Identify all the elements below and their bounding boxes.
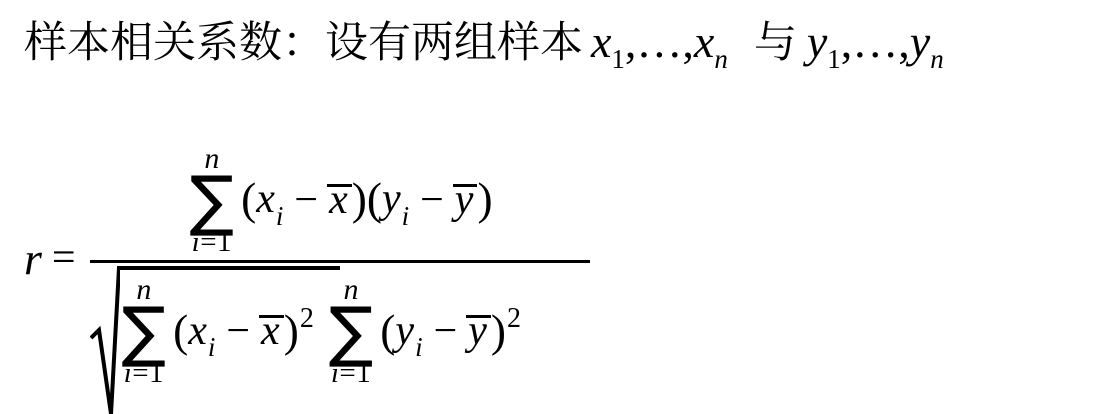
x-var-last: x bbox=[694, 16, 714, 67]
correlation-formula: r = n ∑ i=1 (xi−x)(yi−y) n ∑ i=1 (xi− bbox=[24, 146, 590, 414]
summation-operator: n ∑ i=1 bbox=[329, 277, 373, 385]
x-last-index: n bbox=[714, 44, 728, 74]
fraction-numerator: n ∑ i=1 (xi−x)(yi−y) bbox=[90, 146, 590, 263]
close-paren: ) bbox=[491, 306, 506, 356]
exponent-two: 2 bbox=[300, 303, 314, 334]
close-paren: ) bbox=[352, 174, 367, 224]
heading-title: 样本相关系数： bbox=[24, 20, 325, 67]
x-first-index: 1 bbox=[611, 44, 625, 74]
x-index: i bbox=[208, 332, 216, 362]
y-index: i bbox=[415, 332, 423, 362]
open-paren: ( bbox=[367, 174, 382, 224]
open-paren: ( bbox=[241, 174, 256, 224]
exponent-two: 2 bbox=[507, 303, 521, 334]
summation-operator: n ∑ i=1 bbox=[190, 146, 234, 254]
x-index: i bbox=[276, 201, 284, 231]
y-first-index: 1 bbox=[827, 44, 841, 74]
numerator-expression: (xi−x)(yi−y) bbox=[241, 177, 492, 222]
y-last-index: n bbox=[930, 44, 944, 74]
y-mean-overline: y bbox=[466, 315, 491, 346]
index-start: =1 bbox=[200, 226, 232, 258]
x-mean-var: x bbox=[329, 177, 348, 223]
index-start: =1 bbox=[132, 357, 164, 389]
summation-operator: n ∑ i=1 bbox=[122, 277, 166, 385]
x-var: x bbox=[256, 177, 275, 223]
sum-lower-limit: i=1 bbox=[192, 230, 232, 255]
close-paren: ) bbox=[477, 174, 492, 224]
minus-sign: − bbox=[226, 308, 250, 354]
y-var: y bbox=[395, 308, 414, 354]
fraction: n ∑ i=1 (xi−x)(yi−y) n ∑ i=1 (xi−x)2 bbox=[90, 146, 590, 414]
summation-sigma-symbol: ∑ bbox=[122, 303, 166, 361]
minus-sign: − bbox=[434, 308, 458, 354]
y-squared-deviation-expression: (yi−y)2 bbox=[380, 309, 521, 354]
sum-lower-limit: i=1 bbox=[124, 361, 164, 386]
ellipsis: ,…, bbox=[625, 16, 694, 67]
radicand-y-part: n ∑ i=1 (yi−y)2 bbox=[326, 266, 521, 385]
x-squared-deviation-expression: (xi−x)2 bbox=[173, 309, 314, 354]
ellipsis: ,…, bbox=[841, 16, 910, 67]
index-variable: i bbox=[124, 357, 133, 389]
heading-lead: 设有两组样本 bbox=[325, 20, 583, 67]
y-var: y bbox=[807, 16, 827, 67]
x-var: x bbox=[188, 308, 207, 354]
x-mean-overline: x bbox=[327, 184, 352, 215]
close-paren: ) bbox=[284, 306, 299, 356]
x-mean-overline: x bbox=[259, 315, 284, 346]
x-mean-var: x bbox=[261, 308, 280, 354]
summation-sigma-symbol: ∑ bbox=[190, 172, 234, 230]
index-variable: i bbox=[192, 226, 201, 258]
y-mean-var: y bbox=[455, 177, 474, 223]
y-sample-sequence: y1,…,yn bbox=[807, 16, 944, 67]
equals-sign: = bbox=[52, 234, 76, 282]
open-paren: ( bbox=[380, 306, 395, 356]
result-variable: r bbox=[24, 232, 42, 285]
x-var: x bbox=[591, 16, 611, 67]
y-var-last: y bbox=[910, 16, 930, 67]
minus-sign: − bbox=[294, 177, 318, 223]
open-paren: ( bbox=[173, 306, 188, 356]
sum-lower-limit: i=1 bbox=[331, 361, 371, 386]
summation-sigma-symbol: ∑ bbox=[329, 303, 373, 361]
y-index: i bbox=[402, 201, 410, 231]
radical-sign-icon bbox=[90, 266, 120, 414]
heading-line: 样本相关系数：设有两组样本x1,…,xn与y1,…,yn bbox=[24, 14, 944, 70]
radicand-x-part: n ∑ i=1 (xi−x)2 bbox=[117, 266, 340, 385]
connector-word: 与 bbox=[754, 20, 797, 67]
minus-sign: − bbox=[420, 177, 444, 223]
fraction-denominator: n ∑ i=1 (xi−x)2 n ∑ i=1 (yi−y)2 bbox=[90, 263, 590, 414]
y-mean-overline: y bbox=[453, 184, 478, 215]
y-var: y bbox=[382, 177, 401, 223]
y-mean-var: y bbox=[468, 308, 487, 354]
index-start: =1 bbox=[339, 357, 371, 389]
x-sample-sequence: x1,…,xn bbox=[591, 16, 728, 67]
